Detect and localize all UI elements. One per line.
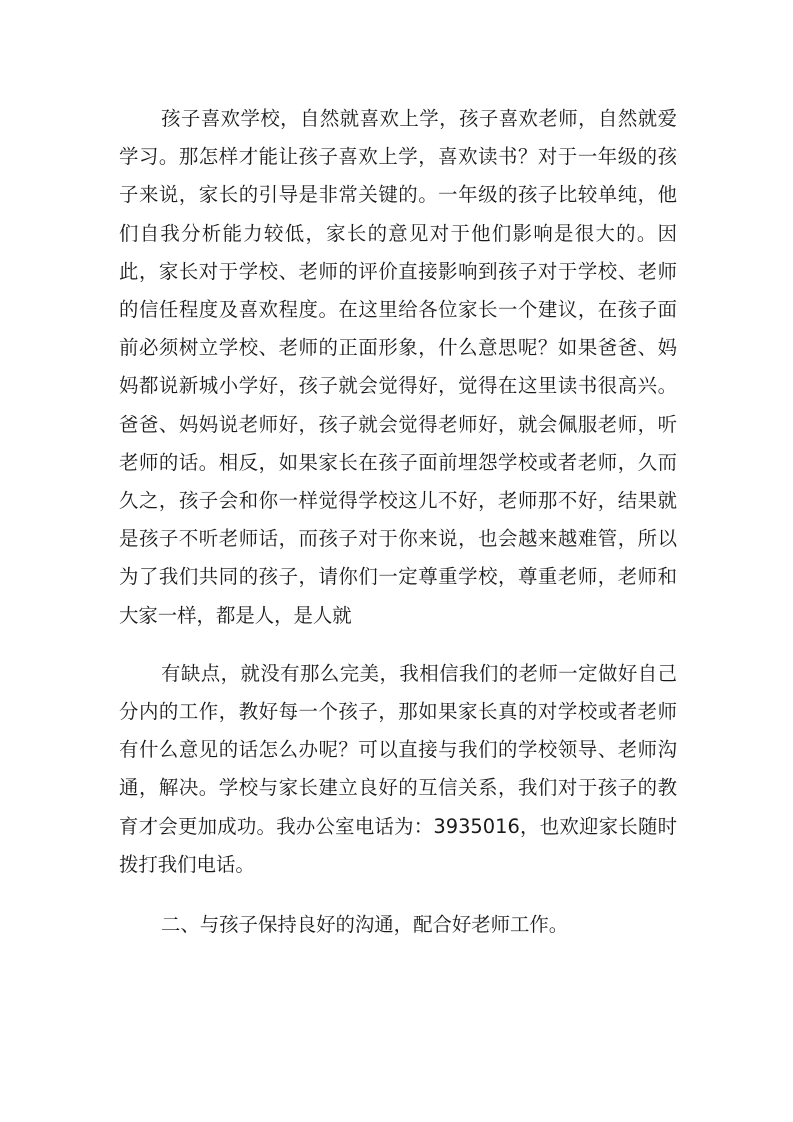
document-page: 孩子喜欢学校，自然就喜欢上学，孩子喜欢老师，自然就爱学习。那怎样才能让孩子喜欢上… <box>119 100 677 944</box>
section-heading-two: 二、与孩子保持良好的沟通，配合好老师工作。 <box>119 906 677 944</box>
paragraph-teacher-communication: 有缺点，就没有那么完美，我相信我们的老师一定做好自己分内的工作，教好每一个孩子，… <box>119 655 677 884</box>
paragraph-school-attitude: 孩子喜欢学校，自然就喜欢上学，孩子喜欢老师，自然就爱学习。那怎样才能让孩子喜欢上… <box>119 100 677 635</box>
